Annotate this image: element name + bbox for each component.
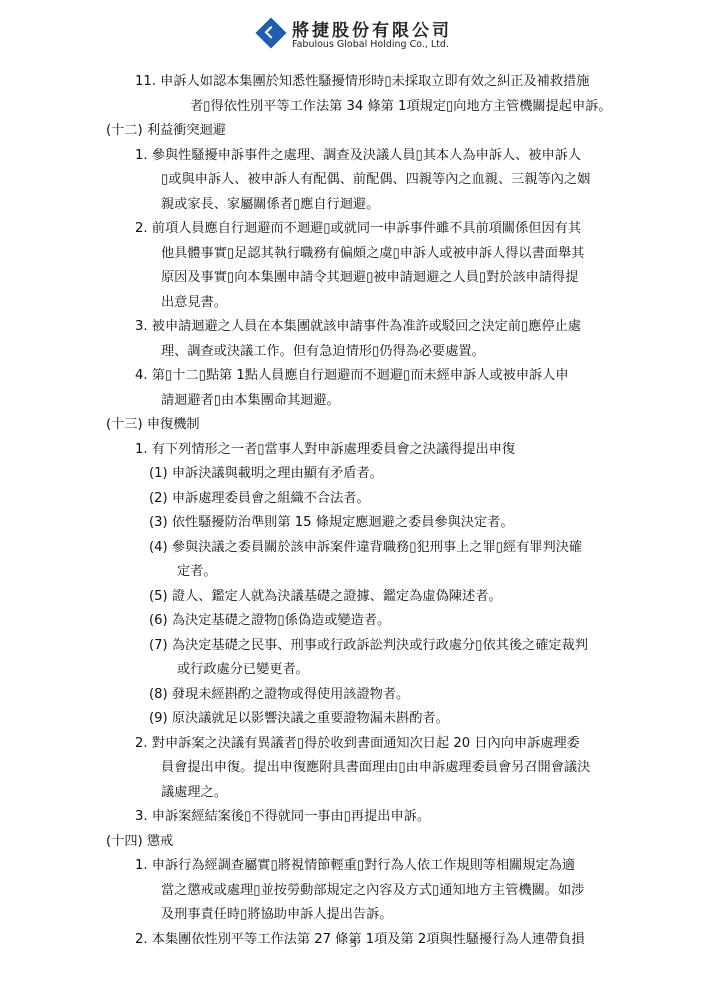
text-line: (十四) 懲戒 (106, 832, 173, 852)
text-line: 議處理之。 (161, 783, 227, 803)
company-logo-icon (255, 17, 286, 48)
text-line: (6) 為決定基礎之證物▯係偽造或變造者。 (149, 611, 390, 631)
text-line: (5) 證人、鑑定人就為決議基礎之證據、鑑定為虛偽陳述者。 (149, 587, 502, 607)
text-line: (7) 為決定基礎之民事、刑事或行政訴訟判決或行政處分▯依其後之確定裁判 (149, 636, 588, 656)
text-line: 者▯得依性別平等工作法第 34 條第 1項規定▯向地方主管機關提起申訴。 (190, 97, 612, 117)
text-line: (9) 原決議就足以影響決議之重要證物漏未斟酌者。 (149, 709, 449, 729)
document-header: 將捷股份有限公司 Fabulous Global Holding Co., Lt… (256, 14, 466, 54)
text-line: (十三) 申復機制 (106, 415, 200, 435)
text-line: 定者。 (177, 562, 217, 582)
text-line: 員會提出申復。提出申復應附具書面理由▯由申訴處理委員會另召開會議決 (161, 758, 590, 778)
text-line: 原因及事實▯向本集團申請令其迴避▯被申請迴避之人員▯對於該申請得提 (161, 268, 578, 288)
text-line: 當之懲戒或處理▯並按勞動部規定之內容及方式▯通知地方主管機關。如涉 (161, 881, 584, 901)
company-name-chinese: 將捷股份有限公司 (292, 16, 452, 41)
text-line: (3) 依性騷擾防治準則第 15 條規定應迴避之委員參與決定者。 (149, 513, 514, 533)
text-line: 他具體事實▯足認其執行職務有偏頗之虞▯申訴人或被申訴人得以書面舉其 (161, 244, 584, 264)
text-line: 1. 參與性騷擾申訴事件之處理、調查及決議人員▯其本人為申訴人、被申訴人 (135, 146, 581, 166)
text-line: 出意見書。 (161, 293, 227, 313)
text-line: ▯或與申訴人、被申訴人有配偶、前配偶、四親等內之血親、三親等內之姻 (161, 170, 590, 190)
text-line: (1) 申訴決議與載明之理由顯有矛盾者。 (149, 464, 383, 484)
text-line: (2) 申訴處理委員會之組織不合法者。 (149, 489, 370, 509)
text-line: 理、調查或決議工作。但有急迫情形▯仍得為必要處置。 (161, 342, 485, 362)
text-line: 1. 申訴行為經調查屬實▯將視情節輕重▯對行為人依工作規則等相關規定為適 (135, 856, 575, 876)
company-name-english: Fabulous Global Holding Co., Ltd. (292, 39, 449, 50)
text-line: 親或家長、家屬關係者▯應自行迴避。 (161, 195, 379, 215)
page-number: 5 (0, 936, 707, 951)
text-line: (十二) 利益衝突迴避 (106, 121, 226, 141)
text-line: 或行政處分已變更者。 (177, 660, 309, 680)
text-line: (8) 發現未經斟酌之證物或得使用該證物者。 (149, 685, 409, 705)
text-line: 2. 對申訴案之決議有異議者▯得於收到書面通知次日起 20 日內向申訴處理委 (135, 734, 580, 754)
text-line: 及刑事責任時▯將協助申訴人提出告訴。 (161, 905, 392, 925)
text-line: (4) 參與決議之委員關於該申訴案件違背職務▯犯刑事上之罪▯經有罪判決確 (149, 538, 582, 558)
text-line: 11. 申訴人如認本集團於知悉性騷擾情形時▯未採取立即有效之糾正及補救措施 (135, 72, 589, 92)
text-line: 1. 有下列情形之一者▯當事人對申訴處理委員會之決議得提出申復 (135, 440, 515, 460)
text-line: 2. 前項人員應自行迴避而不迴避▯或就同一申訴事件雖不具前項關係但因有其 (135, 219, 581, 239)
text-line: 3. 被申請迴避之人員在本集團就該申請事件為准許或駁回之決定前▯應停止處 (135, 317, 581, 337)
text-line: 4. 第▯十二▯點第 1點人員應自行迴避而不迴避▯而未經申訴人或被申訴人申 (135, 366, 569, 386)
text-line: 請迴避者▯由本集團命其迴避。 (161, 391, 340, 411)
text-line: 3. 申訴案經結案後▯不得就同一事由▯再提出申訴。 (135, 807, 430, 827)
